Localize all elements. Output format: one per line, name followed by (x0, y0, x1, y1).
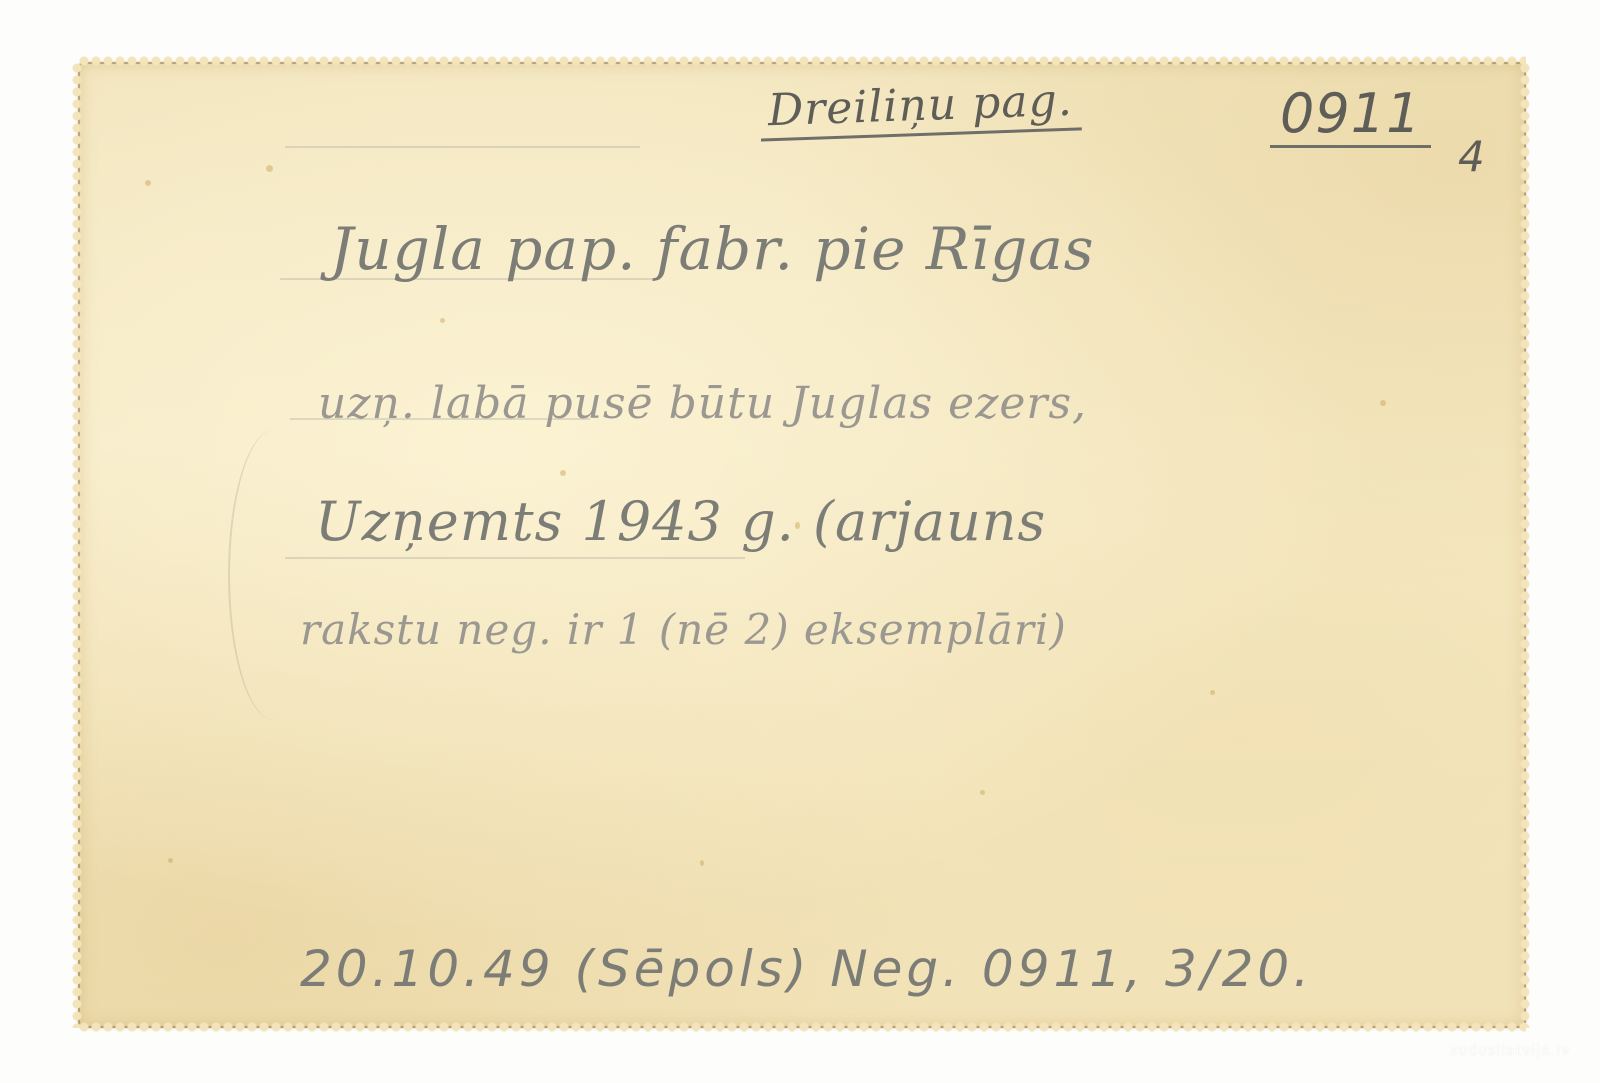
foxing-spot (980, 790, 985, 795)
note-line-4: rakstu neg. ir 1 (nē 2) eksemplāri) (300, 605, 1067, 654)
archive-number: 0911 (1270, 82, 1431, 148)
index-number: 4 (1458, 132, 1486, 181)
footer-note: 20.10.49 (Sēpols) Neg. 0911, 3/20. (300, 940, 1313, 998)
place-heading: Dreiliņu pag. (759, 74, 1082, 141)
ruled-line (285, 557, 745, 559)
foxing-spot (700, 860, 704, 866)
foxing-spot (145, 180, 151, 186)
note-line-2: uzņ. labā pusē būtu Juglas ezers, (318, 378, 1087, 429)
foxing-spot (168, 858, 173, 863)
faint-arc-mark (228, 430, 320, 720)
scanned-document: Dreiliņu pag. 0911 4 Jugla pap. fabr. pi… (0, 0, 1600, 1083)
foxing-spot (1210, 690, 1215, 695)
ruled-line (285, 146, 640, 148)
watermark: zudusilatvija.lv (1450, 1043, 1570, 1059)
foxing-spot (1380, 400, 1386, 406)
foxing-spot (266, 165, 273, 172)
foxing-spot (440, 318, 445, 323)
note-line-1: Jugla pap. fabr. pie Rīgas (330, 215, 1095, 283)
note-line-3: Uzņemts 1943 g. (arjauns (315, 490, 1046, 553)
foxing-spot (560, 470, 566, 476)
